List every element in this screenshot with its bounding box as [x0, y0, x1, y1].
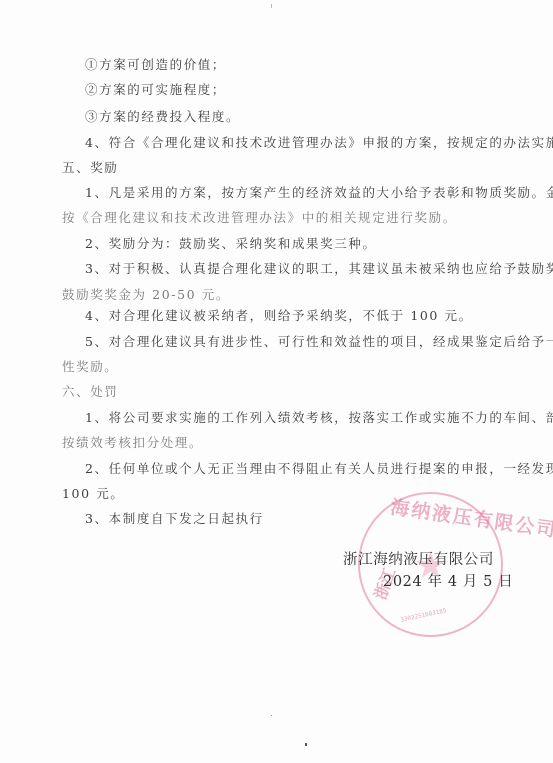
- reward-clause-2: 2、奖励分为：鼓励奖、采纳奖和成果奖三种。: [85, 236, 377, 252]
- penalty-clause-2: 2、任何单位或个人无正当理由不得阻止有关人员进行提案的申报，一经发现罚: [85, 461, 553, 477]
- scan-speck: [271, 4, 272, 8]
- seal-top-text: 海纳液压有限公司: [389, 492, 553, 542]
- signature-date: 2024 年 4 月 5 日: [383, 573, 513, 591]
- penalty-clause-3: 3、本制度自下发之日起执行: [85, 511, 264, 527]
- penalty-clause-1: 1、将公司要求实施的工作列入绩效考核，按落实工作或实施不力的车间、部门: [85, 410, 553, 426]
- document-page: ①方案可创造的价值； ②方案的可实施程度； ③方案的经费投入程度。 4、符合《合…: [0, 0, 553, 763]
- scan-speck: [271, 715, 272, 716]
- clause-4: 4、符合《合理化建议和技术改进管理办法》申报的方案，按规定的办法实施。: [85, 135, 553, 151]
- reward-clause-4: 4、对合理化建议被采纳者，则给予采纳奖，不低于 100 元。: [85, 308, 473, 324]
- reward-clause-1-cont: 按《合理化建议和技术改进管理办法》中的相关规定进行奖励。: [62, 210, 457, 226]
- scan-speck: [305, 743, 307, 746]
- penalty-clause-2-cont: 100 元。: [62, 486, 124, 502]
- reward-clause-3-cont: 鼓励奖奖金为 20-50 元。: [62, 287, 230, 303]
- reward-clause-5: 5、对合理化建议具有进步性、可行性和效益性的项目，经成果鉴定后给予一次: [85, 334, 553, 350]
- reward-clause-5-cont: 性奖励。: [62, 359, 118, 375]
- list-item-cost: ③方案的经费投入程度。: [85, 109, 240, 125]
- penalty-clause-1-cont: 按绩效考核扣分处理。: [62, 435, 203, 451]
- list-item-feasibility: ②方案的可实施程度；: [85, 82, 226, 98]
- reward-clause-3: 3、对于积极、认真提合理化建议的职工，其建议虽未被采纳也应给予鼓励奖，: [85, 261, 553, 277]
- seal-code: 3302251003185: [400, 607, 447, 624]
- section-heading-rewards: 五、奖励: [62, 160, 118, 176]
- reward-clause-1: 1、凡是采用的方案，按方案产生的经济效益的大小给予表彰和物质奖励。金额: [85, 185, 553, 201]
- list-item-value: ①方案可创造的价值；: [85, 57, 226, 73]
- section-heading-penalties: 六、处罚: [62, 384, 118, 400]
- signature-company: 浙江海纳液压有限公司: [343, 551, 494, 569]
